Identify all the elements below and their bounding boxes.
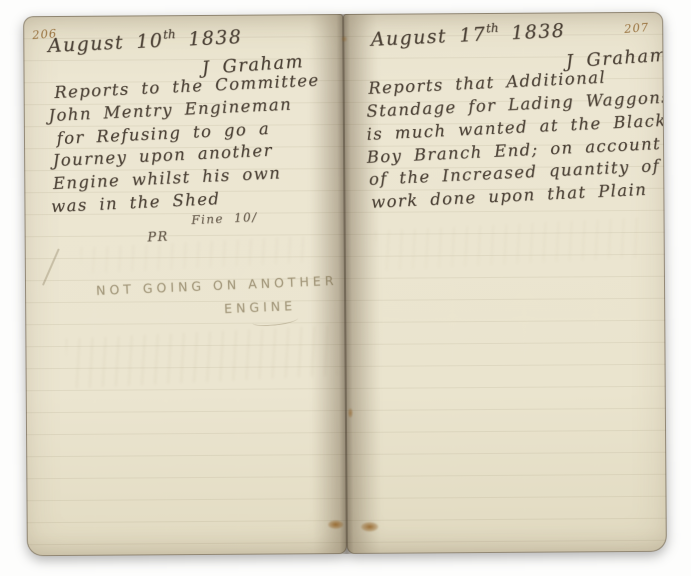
left-page-surface: 206 August 10th 1838 J Graham Reports to… xyxy=(24,15,346,555)
pencil-underline-flourish xyxy=(252,314,299,327)
right-date-prefix: August 17 xyxy=(370,23,486,50)
right-date-superscript: th xyxy=(486,21,499,36)
foxing-spot xyxy=(341,36,347,42)
pencil-annotation-line1: NOT GOING ON ANOTHER xyxy=(96,273,338,298)
foxing-spot xyxy=(328,520,344,529)
pencil-annotation-line2: ENGINE xyxy=(224,298,296,316)
left-date-prefix: August 10 xyxy=(47,30,163,57)
bleed-through-ghost-text xyxy=(65,325,337,389)
foxing-spot xyxy=(348,408,353,418)
fine-annotation: Fine 10/ xyxy=(191,210,258,227)
right-date-heading: August 17th 1838 xyxy=(370,18,565,51)
right-page-surface: 207 August 17th 1838 J Graham Reports th… xyxy=(344,13,666,553)
left-date-year: 1838 xyxy=(188,26,243,51)
pencil-tick-mark xyxy=(42,248,60,285)
right-page: 207 August 17th 1838 J Graham Reports th… xyxy=(343,12,667,554)
manuscript-book: 206 August 10th 1838 J Graham Reports to… xyxy=(23,12,667,556)
right-page-number: 207 xyxy=(624,20,650,36)
bleed-through-ghost-text xyxy=(80,236,311,274)
clerk-initials: PR xyxy=(147,229,169,245)
right-date-year: 1838 xyxy=(511,20,566,45)
left-date-superscript: th xyxy=(163,27,176,42)
foxing-spot xyxy=(361,522,379,532)
bleed-through-ghost-text xyxy=(375,217,647,271)
left-date-heading: August 10th 1838 xyxy=(47,24,242,57)
left-page: 206 August 10th 1838 J Graham Reports to… xyxy=(23,14,347,556)
